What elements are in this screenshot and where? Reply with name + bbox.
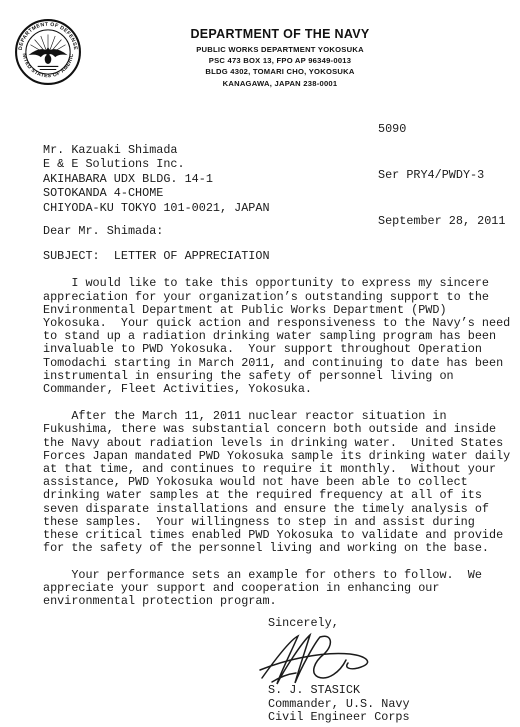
letterhead: DEPARTMENT OF THE NAVY PUBLIC WORKS DEPA… bbox=[140, 27, 420, 89]
body-paragraph-2: After the March 11, 2011 nuclear reactor… bbox=[43, 410, 513, 555]
letterhead-address-line: PSC 473 BOX 13, FPO AP 96349-0013 bbox=[140, 55, 420, 66]
department-of-defense-seal: DEPARTMENT OF DEFENSE UNITED STATES OF A… bbox=[14, 18, 82, 86]
recipient-address: Mr. Kazuaki Shimada E & E Solutions Inc.… bbox=[43, 143, 513, 215]
letterhead-address-line: KANAGAWA, JAPAN 238-0001 bbox=[140, 78, 420, 89]
letter-body: Mr. Kazuaki Shimada E & E Solutions Inc.… bbox=[43, 143, 513, 724]
ssic-code: 5090 bbox=[378, 122, 505, 137]
signer-corps: Civil Engineer Corps bbox=[268, 711, 513, 724]
signer-name: S. J. STASICK bbox=[268, 684, 513, 697]
signer-title: Commander, U.S. Navy bbox=[268, 698, 513, 711]
letterhead-address-line: BLDG 4302, TOMARI CHO, YOKOSUKA bbox=[140, 66, 420, 77]
body-paragraph-1: I would like to take this opportunity to… bbox=[43, 277, 513, 396]
handwritten-signature bbox=[258, 632, 390, 690]
letter-document: DEPARTMENT OF DEFENSE UNITED STATES OF A… bbox=[0, 0, 520, 727]
subject-line: SUBJECT: LETTER OF APPRECIATION bbox=[43, 250, 513, 263]
letterhead-title: DEPARTMENT OF THE NAVY bbox=[140, 27, 420, 41]
letterhead-address-line: PUBLIC WORKS DEPARTMENT YOKOSUKA bbox=[140, 44, 420, 55]
salutation: Dear Mr. Shimada: bbox=[43, 225, 513, 238]
valediction: Sincerely, bbox=[268, 617, 513, 630]
eagle-icon bbox=[28, 34, 67, 69]
closing-block: Sincerely, S. J. STASICK Commander, U.S.… bbox=[268, 617, 513, 724]
body-paragraph-3: Your performance sets an example for oth… bbox=[43, 569, 513, 609]
